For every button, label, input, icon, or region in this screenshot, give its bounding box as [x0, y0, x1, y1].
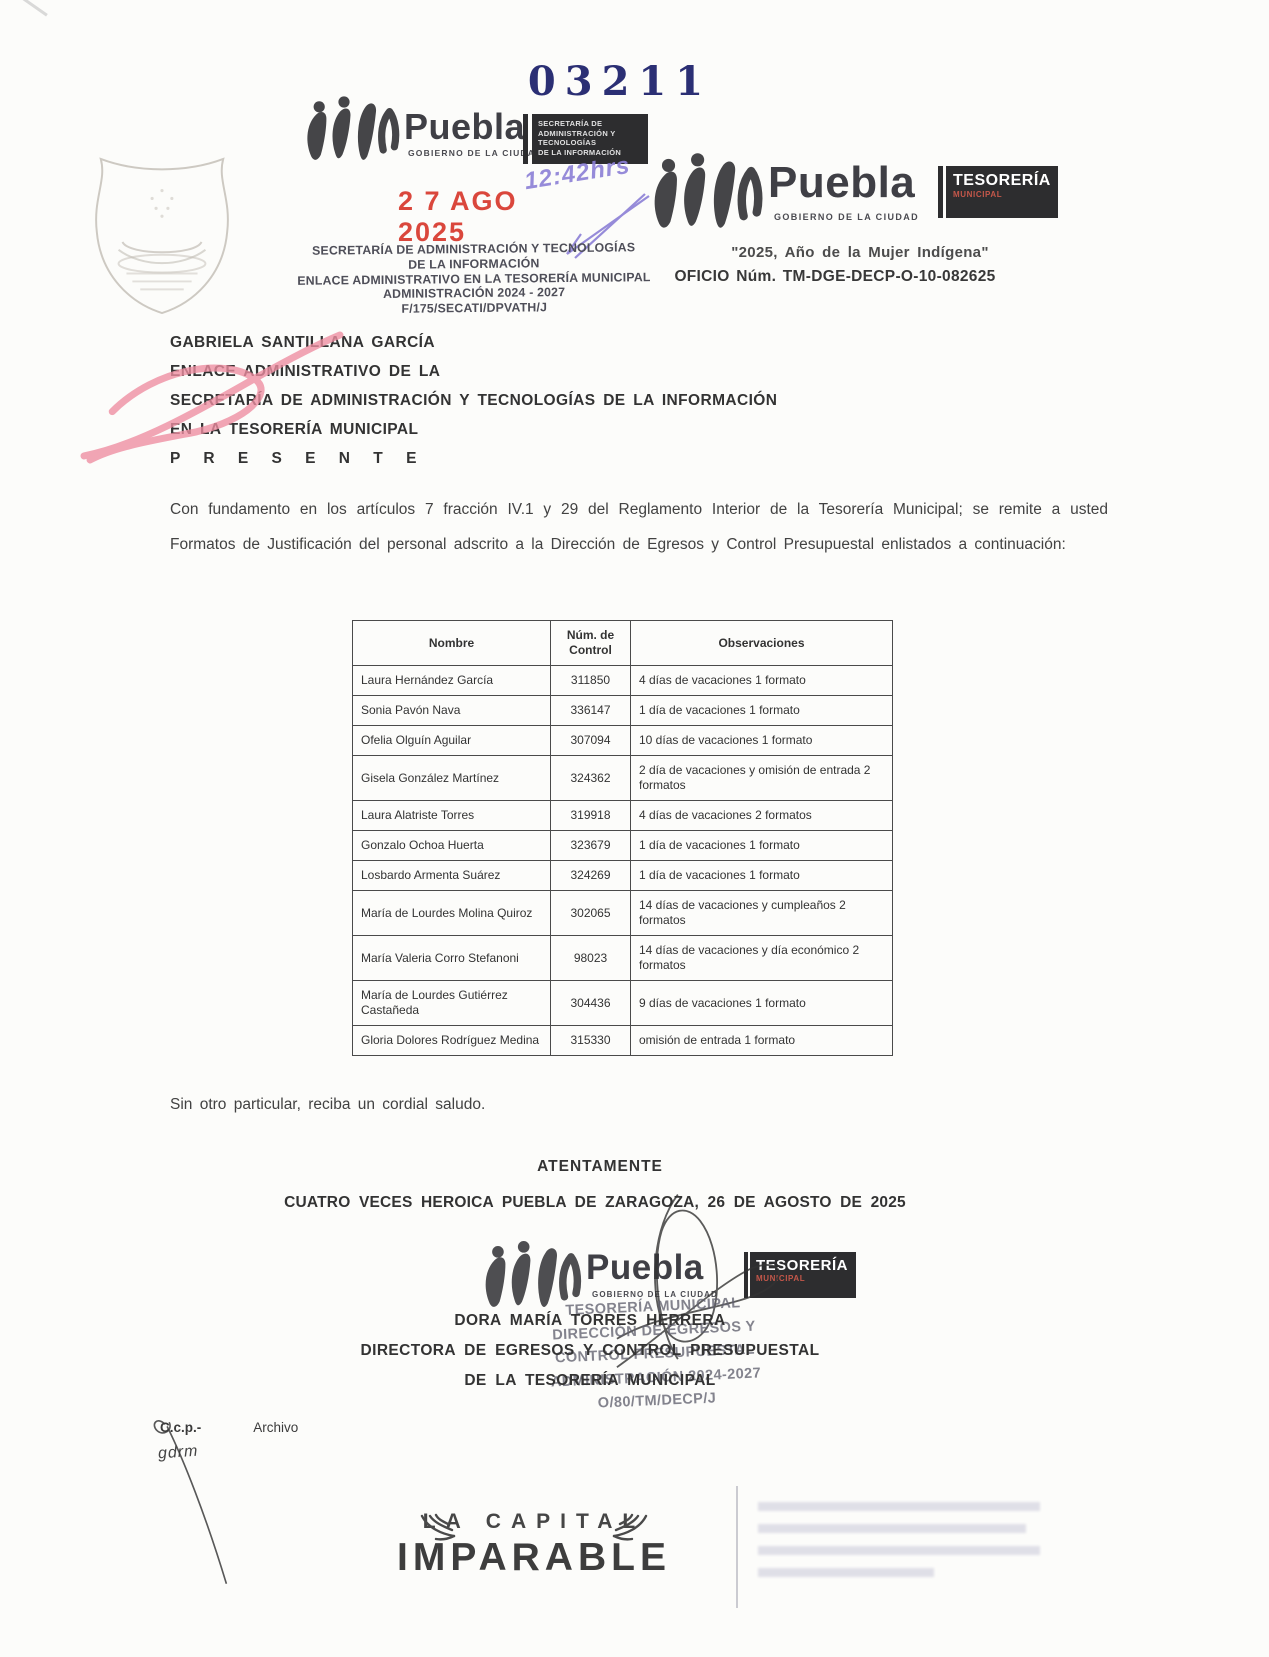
- table-row: Gonzalo Ochoa Huerta3236791 día de vacac…: [353, 831, 893, 861]
- wing-right-icon: [609, 1512, 651, 1542]
- secretaria-blackbox: SECRETARÍA DE ADMINISTRACIÓN Y TECNOLOGÍ…: [532, 114, 648, 164]
- cell-obs: 10 días de vacaciones 1 formato: [631, 726, 893, 756]
- cell-obs: 1 día de vacaciones 1 formato: [631, 831, 893, 861]
- cell-control: 324269: [551, 861, 631, 891]
- col-header-num-control: Núm. de Control: [551, 621, 631, 666]
- cell-name: María de Lourdes Gutiérrez Castañeda: [353, 981, 551, 1026]
- slogan-top: LA CAPITAL: [423, 1510, 645, 1534]
- year-legend: "2025, Año de la Mujer Indígena": [640, 244, 1080, 261]
- cell-control: 315330: [551, 1026, 631, 1056]
- atentamente-line: ATENTAMENTE: [380, 1158, 820, 1176]
- stamp-divider: [523, 114, 528, 164]
- puebla-wordmark: Puebla: [768, 158, 915, 208]
- folio-number: 03211: [470, 58, 770, 105]
- received-date-stamp: 2 7 AGO 2025: [398, 186, 568, 248]
- stamp-divider: [938, 166, 943, 218]
- city-crest-icon: [83, 146, 241, 326]
- cell-name: Gonzalo Ochoa Huerta: [353, 831, 551, 861]
- pink-pen-swoosh: [76, 326, 348, 474]
- table-header-row: Nombre Núm. de Control Observaciones: [353, 621, 893, 666]
- cell-obs: 2 día de vacaciones y omisión de entrada…: [631, 756, 893, 801]
- cell-obs: 1 día de vacaciones 1 formato: [631, 861, 893, 891]
- cell-control: 319918: [551, 801, 631, 831]
- col-header-nombre: Nombre: [353, 621, 551, 666]
- tesoreria-blackbox: TESORERÍA MUNICIPAL: [946, 166, 1058, 218]
- city-slogan: LA CAPITAL IMPARABLE: [372, 1510, 696, 1580]
- puebla-wordmark: Puebla: [404, 106, 525, 148]
- cell-control: 311850: [551, 666, 631, 696]
- signer-title: DE LA TESORERÍA MUNICIPAL: [240, 1366, 940, 1396]
- table-row: Losbardo Armenta Suárez3242691 día de va…: [353, 861, 893, 891]
- cell-obs: 14 días de vacaciones y día económico 2 …: [631, 936, 893, 981]
- table-row: María Valeria Corro Stefanoni9802314 día…: [353, 936, 893, 981]
- municipal-label: MUNICIPAL: [953, 190, 1051, 199]
- table-row: Sonia Pavón Nava3361471 día de vacacione…: [353, 696, 893, 726]
- cell-name: Laura Alatriste Torres: [353, 801, 551, 831]
- blackbox-line: SECRETARÍA DE: [538, 119, 642, 129]
- cell-obs: 4 días de vacaciones 1 formato: [631, 666, 893, 696]
- farewell-line: Sin otro particular, reciba un cordial s…: [170, 1096, 870, 1114]
- personnel-table: Nombre Núm. de Control Observaciones Lau…: [352, 620, 893, 1056]
- cell-control: 302065: [551, 891, 631, 936]
- cell-obs: 14 días de vacaciones y cumpleaños 2 for…: [631, 891, 893, 936]
- sender-stamp-line: F/175/SECATI/DPVATH/J: [278, 299, 670, 318]
- cell-obs: 1 día de vacaciones 1 formato: [631, 696, 893, 726]
- blackbox-line: ADMINISTRACIÓN Y TECNOLOGÍAS: [538, 129, 642, 148]
- cell-control: 98023: [551, 936, 631, 981]
- slogan-line2: IMPARABLE: [372, 1536, 696, 1580]
- pen-stroke: [146, 1410, 270, 1594]
- cell-name: Gisela González Martínez: [353, 756, 551, 801]
- col-header-observaciones: Observaciones: [631, 621, 893, 666]
- signer-block: DORA MARÍA TORRES HERRERA DIRECTORA DE E…: [240, 1306, 940, 1396]
- scanned-letter-page: 03211 Puebla GOBIERNO D: [0, 0, 1269, 1657]
- puebla-wordmark-sub: GOBIERNO DE LA CIUDAD: [774, 212, 919, 222]
- cell-control: 324362: [551, 756, 631, 801]
- cell-name: María Valeria Corro Stefanoni: [353, 936, 551, 981]
- cell-name: Losbardo Armenta Suárez: [353, 861, 551, 891]
- cell-control: 336147: [551, 696, 631, 726]
- cell-obs: omisión de entrada 1 formato: [631, 1026, 893, 1056]
- cell-name: Gloria Dolores Rodríguez Medina: [353, 1026, 551, 1056]
- bleed-through-text: [758, 1502, 1058, 1590]
- wing-left-icon: [417, 1512, 459, 1542]
- sender-stamp-text: SECRETARÍA DE ADMINISTRACIÓN Y TECNOLOGÍ…: [278, 240, 671, 318]
- table-row: Gisela González Martínez3243622 día de v…: [353, 756, 893, 801]
- cell-obs: 9 días de vacaciones 1 formato: [631, 981, 893, 1026]
- cell-name: Laura Hernández García: [353, 666, 551, 696]
- table-row: Laura Alatriste Torres3199184 días de va…: [353, 801, 893, 831]
- bleed-through-line: [736, 1486, 738, 1608]
- table-row: María de Lourdes Molina Quiroz30206514 d…: [353, 891, 893, 936]
- puebla-figures-icon: [296, 94, 408, 170]
- cell-obs: 4 días de vacaciones 2 formatos: [631, 801, 893, 831]
- puebla-figures-icon: [646, 150, 768, 240]
- scan-corner-mark: [18, 0, 48, 16]
- cell-name: María de Lourdes Molina Quiroz: [353, 891, 551, 936]
- cell-name: Sonia Pavón Nava: [353, 696, 551, 726]
- oficio-number: OFICIO Núm. TM-DGE-DECP-O-10-082625: [615, 268, 1055, 286]
- table-row: Ofelia Olguín Aguilar30709410 días de va…: [353, 726, 893, 756]
- tesoreria-label: TESORERÍA: [953, 172, 1051, 190]
- cell-control: 307094: [551, 726, 631, 756]
- cell-control: 304436: [551, 981, 631, 1026]
- body-paragraph: Con fundamento en los artículos 7 fracci…: [170, 492, 1108, 562]
- table-row: Laura Hernández García3118504 días de va…: [353, 666, 893, 696]
- signer-name: DORA MARÍA TORRES HERRERA: [240, 1306, 940, 1336]
- cell-control: 323679: [551, 831, 631, 861]
- table-row: Gloria Dolores Rodríguez Medina315330omi…: [353, 1026, 893, 1056]
- table-row: María de Lourdes Gutiérrez Castañeda3044…: [353, 981, 893, 1026]
- cell-name: Ofelia Olguín Aguilar: [353, 726, 551, 756]
- signer-title: DIRECTORA DE EGRESOS Y CONTROL PRESUPUES…: [240, 1336, 940, 1366]
